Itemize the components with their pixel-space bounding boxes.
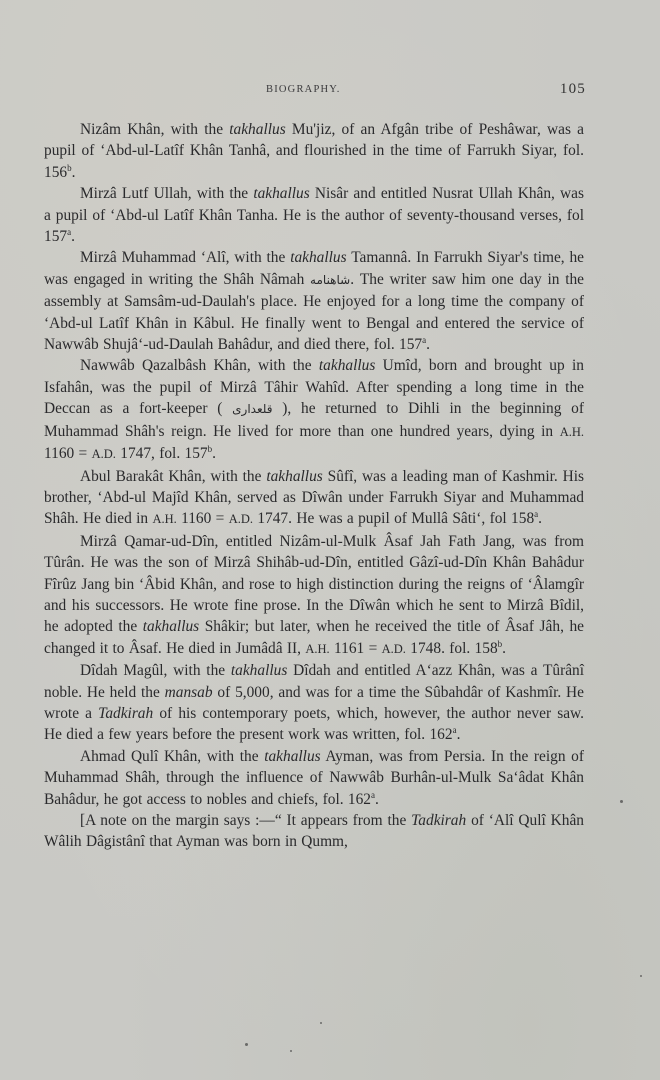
italic-term: takhallus xyxy=(143,618,199,635)
entry-ahmad-quli-khan: Ahmad Qulî Khân, with the takhallus Ayma… xyxy=(44,746,584,810)
text-run: . xyxy=(72,164,76,181)
running-head: BIOGRAPHY. 105 xyxy=(44,78,584,100)
paper-speck xyxy=(290,1050,292,1052)
italic-term: Tadkirah xyxy=(98,705,153,722)
entry-abul-barakat-khan: Abul Barakât Khân, with the takhallus Sû… xyxy=(44,466,584,531)
italic-term: mansab xyxy=(165,684,213,701)
text-run: . xyxy=(426,336,430,353)
era-abbreviation: A.H. xyxy=(305,642,329,656)
text-run: . xyxy=(538,510,542,527)
italic-term: takhallus xyxy=(229,121,285,138)
text-run: 1747. He was a pupil of Mullâ Sâti‘, fol… xyxy=(253,510,534,527)
entry-nawwab-qazalbash-khan: Nawwâb Qazalbâsh Khân, with the takhallu… xyxy=(44,355,584,465)
text-run: 1161 = xyxy=(330,640,382,657)
entry-mirza-muhammad-ali: Mirzâ Muhammad ‘Alî, with the takhallus … xyxy=(44,247,584,355)
era-abbreviation: A.D. xyxy=(229,512,253,526)
entry-mirza-qamar-ud-din: Mirzâ Qamar-ud-Dîn, entitled Nizâm-ul-Mu… xyxy=(44,531,584,660)
text-run: 1160 = xyxy=(44,445,92,462)
text-run: Nizâm Khân, with the xyxy=(80,121,229,138)
italic-term: takhallus xyxy=(231,662,287,679)
entry-nizam-khan: Nizâm Khân, with the takhallus Mu'jiz, o… xyxy=(44,119,584,183)
text-run: 1747, fol. 157 xyxy=(116,445,208,462)
persian-term: قلعداری xyxy=(232,402,272,416)
text-run: Abul Barakât Khân, with the xyxy=(80,468,266,485)
paper-speck xyxy=(245,1043,248,1046)
text-run: Ahmad Qulî Khân, with the xyxy=(80,748,264,765)
text-run: . xyxy=(502,640,506,657)
paper-speck xyxy=(320,1022,322,1024)
running-title: BIOGRAPHY. xyxy=(266,84,341,95)
entry-didah-magul: Dîdah Magûl, with the takhallus Dîdah an… xyxy=(44,660,584,746)
persian-term: شاهنامه xyxy=(310,273,350,287)
paper-speck xyxy=(620,800,623,803)
text-run: Mirzâ Muhammad ‘Alî, with the xyxy=(80,249,290,266)
text-run: [A note on the margin says :—“ It appear… xyxy=(80,812,411,829)
text-run: 1160 = xyxy=(177,510,229,527)
era-abbreviation: A.H. xyxy=(152,512,176,526)
era-abbreviation: A.D. xyxy=(92,447,116,461)
italic-term: takhallus xyxy=(290,249,346,266)
page-number: 105 xyxy=(560,81,586,98)
text-run: . xyxy=(212,445,216,462)
margin-note: [A note on the margin says :—“ It appear… xyxy=(44,810,584,853)
era-abbreviation: A.H. xyxy=(560,425,584,439)
italic-term: Tadkirah xyxy=(411,812,466,829)
italic-term: takhallus xyxy=(253,185,309,202)
text-run: . xyxy=(375,791,379,808)
text-run: 1748. fol. 158 xyxy=(406,640,498,657)
italic-term: takhallus xyxy=(264,748,320,765)
book-page: BIOGRAPHY. 105 Nizâm Khân, with the takh… xyxy=(44,78,584,853)
era-abbreviation: A.D. xyxy=(382,642,406,656)
text-run: Nawwâb Qazalbâsh Khân, with the xyxy=(80,357,319,374)
text-run: . xyxy=(457,726,461,743)
text-run: Mirzâ Lutf Ullah, with the xyxy=(80,185,253,202)
text-run: . xyxy=(71,228,75,245)
italic-term: takhallus xyxy=(266,468,322,485)
text-run: Dîdah Magûl, with the xyxy=(80,662,231,679)
entry-mirza-lutf-ullah: Mirzâ Lutf Ullah, with the takhallus Nis… xyxy=(44,183,584,247)
italic-term: takhallus xyxy=(319,357,375,374)
page-body: Nizâm Khân, with the takhallus Mu'jiz, o… xyxy=(44,119,584,853)
paper-speck xyxy=(640,975,642,977)
